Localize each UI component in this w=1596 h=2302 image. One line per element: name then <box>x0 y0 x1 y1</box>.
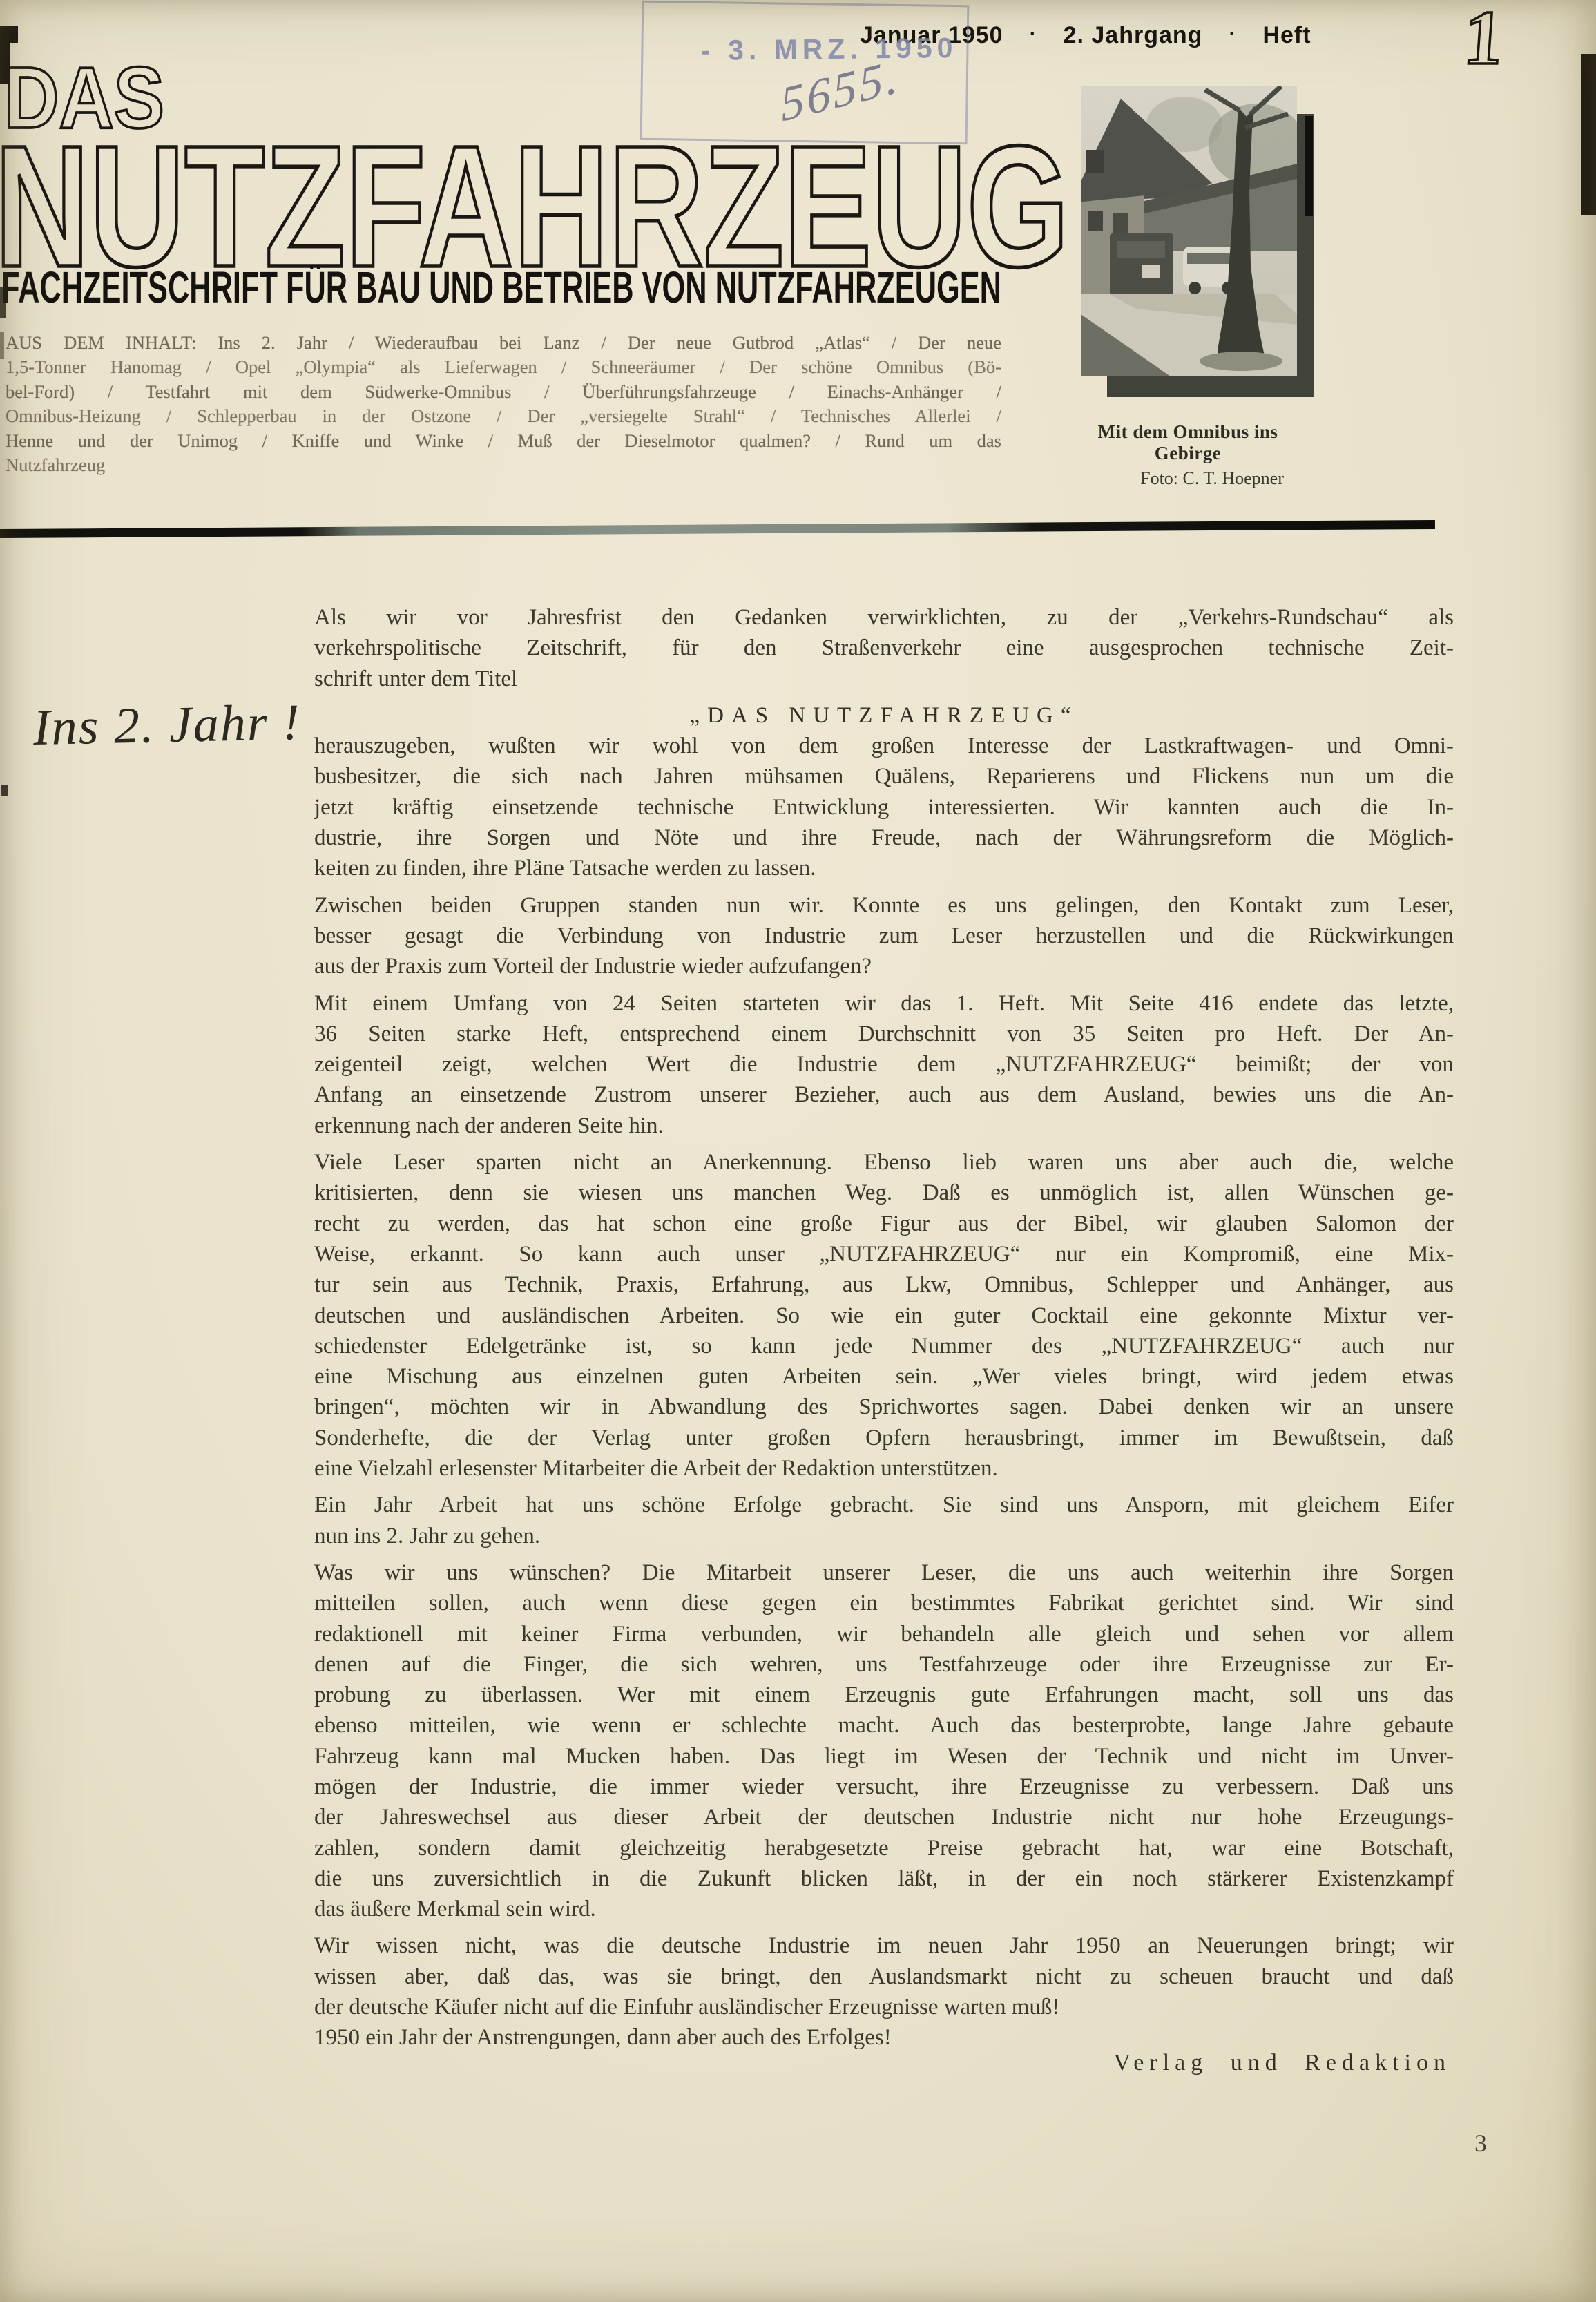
text-line: dustrie, ihre Sorgen und Nöte und ihre F… <box>314 823 1454 853</box>
article-body: Als wir vor Jahresfrist den Gedanken ver… <box>314 602 1454 2060</box>
article-paragraph: Ein Jahr Arbeit hat uns schöne Erfolge g… <box>314 1490 1454 1551</box>
text-line: Was wir uns wünschen? Die Mitarbeit unse… <box>314 1557 1454 1588</box>
photo-caption: Mit dem Omnibus ins Gebirge <box>1064 421 1312 464</box>
article-centered-title: „DAS NUTZFAHRZEUG“ <box>314 700 1454 731</box>
text-line: Omnibus-Heizung / Schlepperbau in der Os… <box>6 404 1001 428</box>
text-line: das äußere Merkmal sein wird. <box>314 1894 1454 1924</box>
text-line: zahlen, sondern damit gleichzeitig herab… <box>314 1833 1454 1863</box>
contents-summary: AUS DEM INHALT: Ins 2. Jahr / Wiederaufb… <box>6 331 1001 477</box>
text-line: herauszugeben, wußten wir wohl von dem g… <box>314 731 1454 761</box>
text-line: Als wir vor Jahresfrist den Gedanken ver… <box>314 602 1454 633</box>
article-paragraph: Als wir vor Jahresfrist den Gedanken ver… <box>314 602 1454 694</box>
text-line: Wir wissen nicht, was die deutsche Indus… <box>314 1930 1454 1961</box>
text-line: Mit einem Umfang von 24 Seiten starteten… <box>314 988 1454 1019</box>
photo-credit: Foto: C. T. Hoepner <box>1064 468 1312 489</box>
text-line: jetzt kräftig einsetzende technische Ent… <box>314 792 1454 823</box>
text-line: denen auf die Finger, die sich wehren, u… <box>314 1649 1454 1680</box>
issue-heft-label: Heft <box>1262 22 1311 49</box>
text-line: besser gesagt die Verbindung von Industr… <box>314 921 1454 951</box>
scan-artifact <box>1 785 8 796</box>
text-line: probung zu überlassen. Wer mit einem Erz… <box>314 1680 1454 1710</box>
text-line: Weise, erkannt. So kann auch unser „NUTZ… <box>314 1239 1454 1269</box>
text-line: Nutzfahrzeug <box>6 453 1001 477</box>
text-line: 1,5-Tonner Hanomag / Opel „Olympia“ als … <box>6 355 1001 379</box>
text-line: keiten zu finden, ihre Pläne Tatsache we… <box>314 853 1454 883</box>
scan-edge-bar <box>1581 54 1596 215</box>
text-line: tur sein aus Technik, Praxis, Erfahrung,… <box>314 1269 1454 1300</box>
text-line: recht zu werden, das hat schon eine groß… <box>314 1209 1454 1239</box>
text-line: Henne und der Unimog / Kniffe und Winke … <box>6 429 1001 453</box>
magazine-page: DAS NUTZFAHRZEUG FACHZEITSCHRIFT FÜR BAU… <box>0 0 1596 2302</box>
text-line: 1950 ein Jahr der Anstrengungen, dann ab… <box>314 2022 1454 2053</box>
article-paragraph: Was wir uns wünschen? Die Mitarbeit unse… <box>314 1557 1454 1925</box>
article-signoff: Verlag und Redaktion <box>1114 2050 1452 2076</box>
article-margin-title: Ins 2. Jahr ! <box>32 693 301 758</box>
text-line: Anfang an einsetzende Zustrom unserer Be… <box>314 1080 1454 1110</box>
text-line: verkehrspolitische Zeitschrift, für den … <box>314 633 1454 663</box>
text-line: Viele Leser sparten nicht an Anerkennung… <box>314 1147 1454 1178</box>
text-line: bel-Ford) / Testfahrt mit dem Südwerke-O… <box>6 380 1001 404</box>
text-line: schiedenster Edelgetränke ist, so kann j… <box>314 1331 1454 1361</box>
page-number: 3 <box>1474 2129 1487 2158</box>
article-paragraph: Zwischen beiden Gruppen standen nun wir.… <box>314 890 1454 982</box>
text-line: ebenso mitteilen, wie wenn er schlechte … <box>314 1710 1454 1740</box>
text-line: eine Mischung aus einzelnen guten Arbeit… <box>314 1361 1454 1392</box>
article-paragraph: Mit einem Umfang von 24 Seiten starteten… <box>314 988 1454 1141</box>
scan-artifact <box>0 26 18 43</box>
text-line: aus der Praxis zum Vorteil der Industrie… <box>314 951 1454 981</box>
separator-dot: · <box>1229 22 1236 46</box>
text-line: Fahrzeug kann mal Mucken haben. Das lieg… <box>314 1741 1454 1772</box>
text-line: bringen“, möchten wir in Abwandlung des … <box>314 1392 1454 1422</box>
text-line: die uns zuversichtlich in die Zukunft bl… <box>314 1863 1454 1894</box>
text-line: kritisierten, denn sie wiesen uns manche… <box>314 1178 1454 1208</box>
scan-artifact <box>0 41 10 84</box>
scan-artifact <box>0 287 6 318</box>
text-line: nun ins 2. Jahr zu gehen. <box>314 1521 1454 1551</box>
article-paragraph: Wir wissen nicht, was die deutsche Indus… <box>314 1930 1454 2053</box>
text-line: busbesitzer, die sich nach Jahren mühsam… <box>314 761 1454 792</box>
scan-artifact <box>0 332 4 359</box>
issue-volume: 2. Jahrgang <box>1064 22 1203 49</box>
text-line: deutschen und ausländischen Arbeiten. So… <box>314 1301 1454 1331</box>
text-line: eine Vielzahl erlesenster Mitarbeiter di… <box>314 1453 1454 1484</box>
cover-photo <box>1081 86 1297 376</box>
issue-heft-number: 1 <box>1459 0 1508 70</box>
separator-dot: · <box>1030 22 1037 46</box>
text-line: zeigenteil zeigt, welchen Wert die Indus… <box>314 1049 1454 1080</box>
svg-text:1: 1 <box>1461 0 1506 70</box>
text-line: mitteilen sollen, auch wenn diese gegen … <box>314 1588 1454 1618</box>
stamp-date-text: - 3. MRZ. 1950 <box>701 32 958 67</box>
text-line: wissen aber, daß das, was sie bringt, de… <box>314 1962 1454 1992</box>
text-line: erkennung nach der anderen Seite hin. <box>314 1111 1454 1141</box>
text-line: 36 Seiten starke Heft, entsprechend eine… <box>314 1019 1454 1049</box>
text-line: Sonderhefte, die der Verlag unter großen… <box>314 1423 1454 1453</box>
text-line: mögen der Industrie, die immer wieder ve… <box>314 1772 1454 1802</box>
text-line: der deutsche Käufer nicht auf die Einfuh… <box>314 1992 1454 2022</box>
article-paragraph: Viele Leser sparten nicht an Anerkennung… <box>314 1147 1454 1484</box>
text-line: schrift unter dem Titel <box>314 664 1454 694</box>
masthead-subtitle: FACHZEITSCHRIFT FÜR BAU UND BETRIEB VON … <box>1 262 1001 312</box>
text-line: AUS DEM INHALT: Ins 2. Jahr / Wiederaufb… <box>6 331 1001 355</box>
text-line: redaktionell mit keiner Firma verbunden,… <box>314 1619 1454 1649</box>
text-line: Ein Jahr Arbeit hat uns schöne Erfolge g… <box>314 1490 1454 1520</box>
article-paragraph: herauszugeben, wußten wir wohl von dem g… <box>314 731 1454 883</box>
text-line: der Jahreswechsel aus dieser Arbeit der … <box>314 1802 1454 1832</box>
divider-rule <box>0 520 1435 538</box>
text-line: Zwischen beiden Gruppen standen nun wir.… <box>314 890 1454 921</box>
